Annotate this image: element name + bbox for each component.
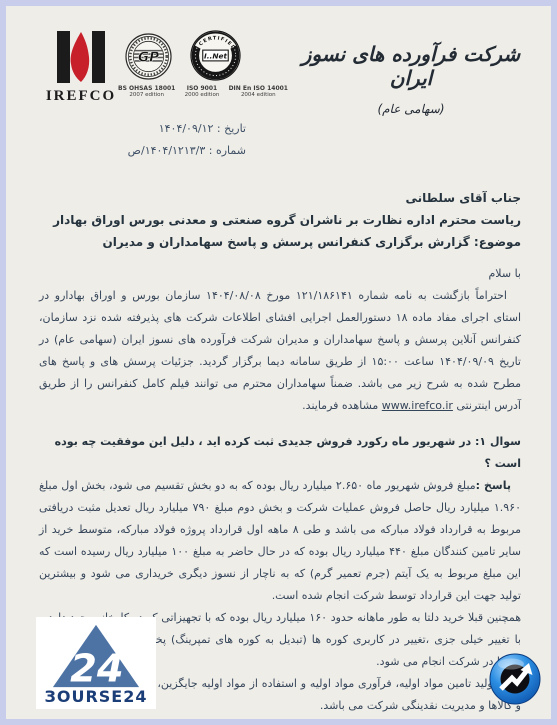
bourse24-number: 24 [70,647,124,689]
salutation: با سلام [39,263,521,285]
recipient-name: جناب آقای سلطانی [39,187,521,209]
answer-text: مبلغ فروش شهریور ماه ۲.۶۵۰ میلیارد ریال … [39,479,521,602]
question-1: سوال ۱: در شهریور ماه رکورد فروش جدیدی ث… [39,431,521,475]
letter-meta: تاریخ : ۱۴۰۴/۰۹/۱۲ شماره : ۱۴۰۴/۱۲۱۳/۳/ص [124,118,246,162]
letter-subject: موضوع: گزارش برگزاری کنفرانس پرسش و پاسخ… [39,231,521,253]
inet-seal-label: I..Net [204,51,227,60]
website-link: www.irefco.ir [382,399,453,412]
scanned-letter-page: IREFCO GP CERTIFIED I..Net BS OHSAS 1800… [0,0,557,725]
certification-item: ISO 9001 2000 edition [185,85,220,99]
gp-seal-letters: GP [138,49,159,65]
number-value: ۱۴۰۴/۱۲۱۳/۳/ص [128,144,206,157]
irefco-wordmark: IREFCO [42,88,120,105]
irefco-logo: IREFCO [42,30,120,105]
gp-certification-seal-icon: GP [125,33,172,80]
intro-text-end: مشاهده فرمایند. [302,399,378,412]
cert-edition: 2000 edition [185,92,220,99]
intro-text: احتراماً بازگشت به نامه شماره ۱۲۱/۱۸۶۱۴۱… [39,289,521,412]
bourse24-wordmark: ЗOURSE24 [45,689,148,705]
inet-certification-seal-icon: CERTIFIED I..Net [190,30,241,81]
certification-item: DIN En ISO 14001 2004 edition [229,85,288,99]
cert-edition: 2004 edition [229,92,288,99]
recipient-block: جناب آقای سلطانی ریاست محترم اداره نظارت… [39,187,521,253]
bourse24-triangle-icon: 24 [50,623,142,689]
date-label: تاریخ : [217,122,246,135]
stock-market-arrow-icon [489,653,541,705]
irefco-flame-icon [55,30,107,84]
answer-1: پاسخ :مبلغ فروش شهریور ماه ۲.۶۵۰ میلیارد… [39,475,521,607]
certification-list: BS OHSAS 18001 2007 edition ISO 9001 200… [118,85,288,99]
certification-item: BS OHSAS 18001 2007 edition [118,85,175,99]
letter-number: شماره : ۱۴۰۴/۱۲۱۳/۳/ص [124,140,246,162]
bourse24-logo: 24 ЗOURSE24 [36,617,156,709]
answer-label: پاسخ : [476,479,511,492]
letter-date: تاریخ : ۱۴۰۴/۰۹/۱۲ [124,118,246,140]
company-type: (سهامی عام) [285,102,537,116]
cert-standard: DIN En ISO 14001 [229,85,288,92]
date-value: ۱۴۰۴/۰۹/۱۲ [159,122,214,135]
cert-standard: BS OHSAS 18001 [118,85,175,92]
company-name: شرکت فرآورده های نسوز ایران [285,42,537,90]
intro-paragraph: احتراماً بازگشت به نامه شماره ۱۲۱/۱۸۶۱۴۱… [39,285,521,417]
recipient-title: ریاست محترم اداره نظارت بر ناشران گروه ص… [39,209,521,231]
cert-standard: ISO 9001 [185,85,220,92]
company-letterhead: شرکت فرآورده های نسوز ایران (سهامی عام) [285,42,537,116]
number-label: شماره : [209,144,246,157]
cert-edition: 2007 edition [118,92,175,99]
